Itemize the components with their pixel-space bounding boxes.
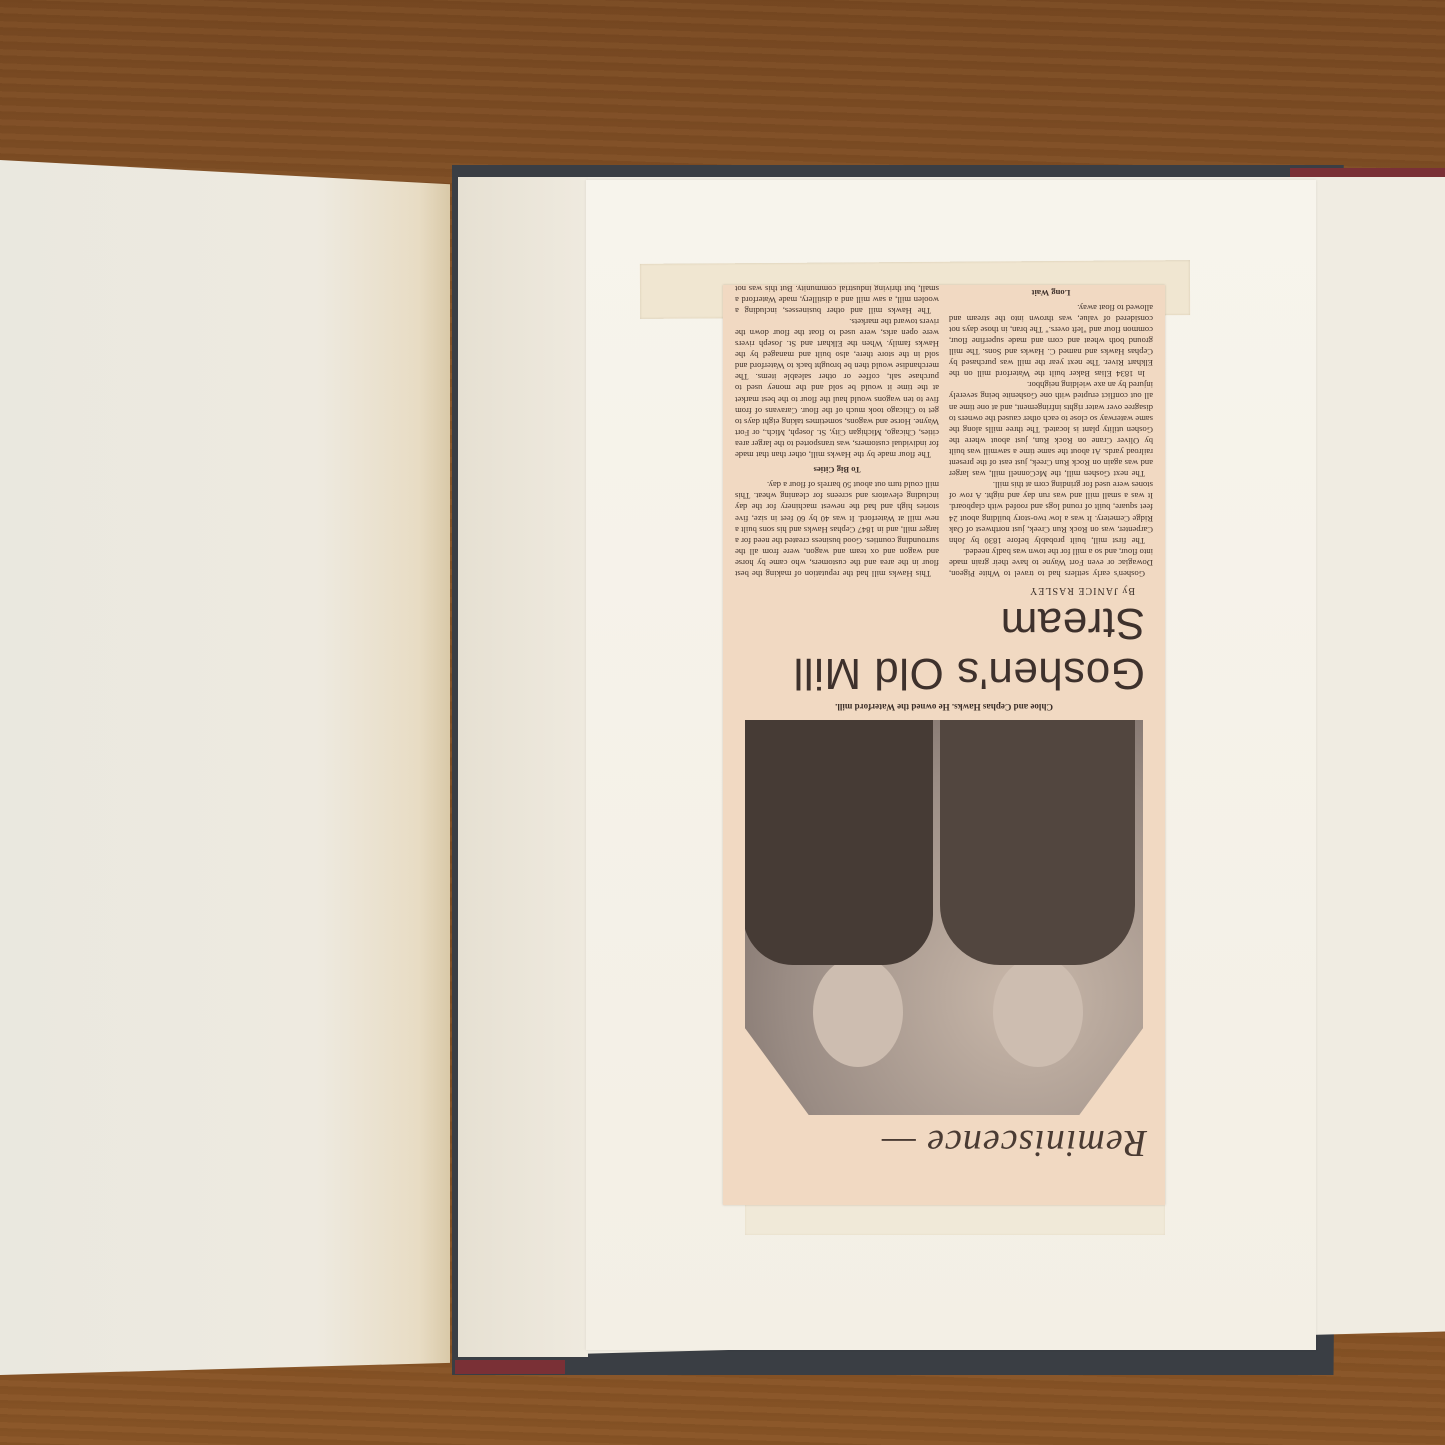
paragraph: The next Goshen mill, the McConnell mill… bbox=[949, 379, 1153, 479]
article-column-1: Goshen's early settlers had to travel to… bbox=[949, 285, 1153, 579]
photo-caption: Chloe and Cephas Hawks. He owned the Wat… bbox=[735, 702, 1153, 712]
article-columns: Goshen's early settlers had to travel to… bbox=[735, 285, 1153, 579]
subhead: Long Wait bbox=[949, 287, 1153, 298]
paragraph: In 1834 Elias Baker built the Waterford … bbox=[949, 302, 1153, 380]
subhead: To Big Cities bbox=[735, 464, 939, 475]
newspaper-clipping: Reminiscence — Chloe and Cephas Hawks. H… bbox=[723, 285, 1165, 1205]
man-portrait bbox=[813, 957, 903, 1067]
page-gutter-shade bbox=[458, 177, 588, 1357]
kicker-title: Reminiscence — bbox=[735, 1121, 1147, 1165]
cover-corner-red-bottom bbox=[455, 1360, 565, 1374]
man-coat bbox=[743, 720, 933, 965]
paragraph: The Hawks mill and other businesses, inc… bbox=[735, 285, 939, 316]
portrait-photo bbox=[745, 720, 1143, 1115]
paragraph: Goshen's early settlers had to travel to… bbox=[949, 546, 1153, 579]
byline: By JANICE RASLEY bbox=[735, 585, 1135, 596]
headline: Goshen's Old Mill Stream bbox=[735, 598, 1145, 698]
woman-dress bbox=[940, 720, 1135, 965]
woman-portrait bbox=[993, 957, 1083, 1067]
paragraph: This Hawks mill had the reputation of ma… bbox=[735, 479, 939, 579]
paragraph: The first mill, built probably before 18… bbox=[949, 479, 1153, 546]
left-blank-page bbox=[0, 160, 450, 1375]
article-column-2: This Hawks mill had the reputation of ma… bbox=[735, 285, 939, 579]
paragraph: The flour made by the Hawks mill, other … bbox=[735, 316, 939, 460]
